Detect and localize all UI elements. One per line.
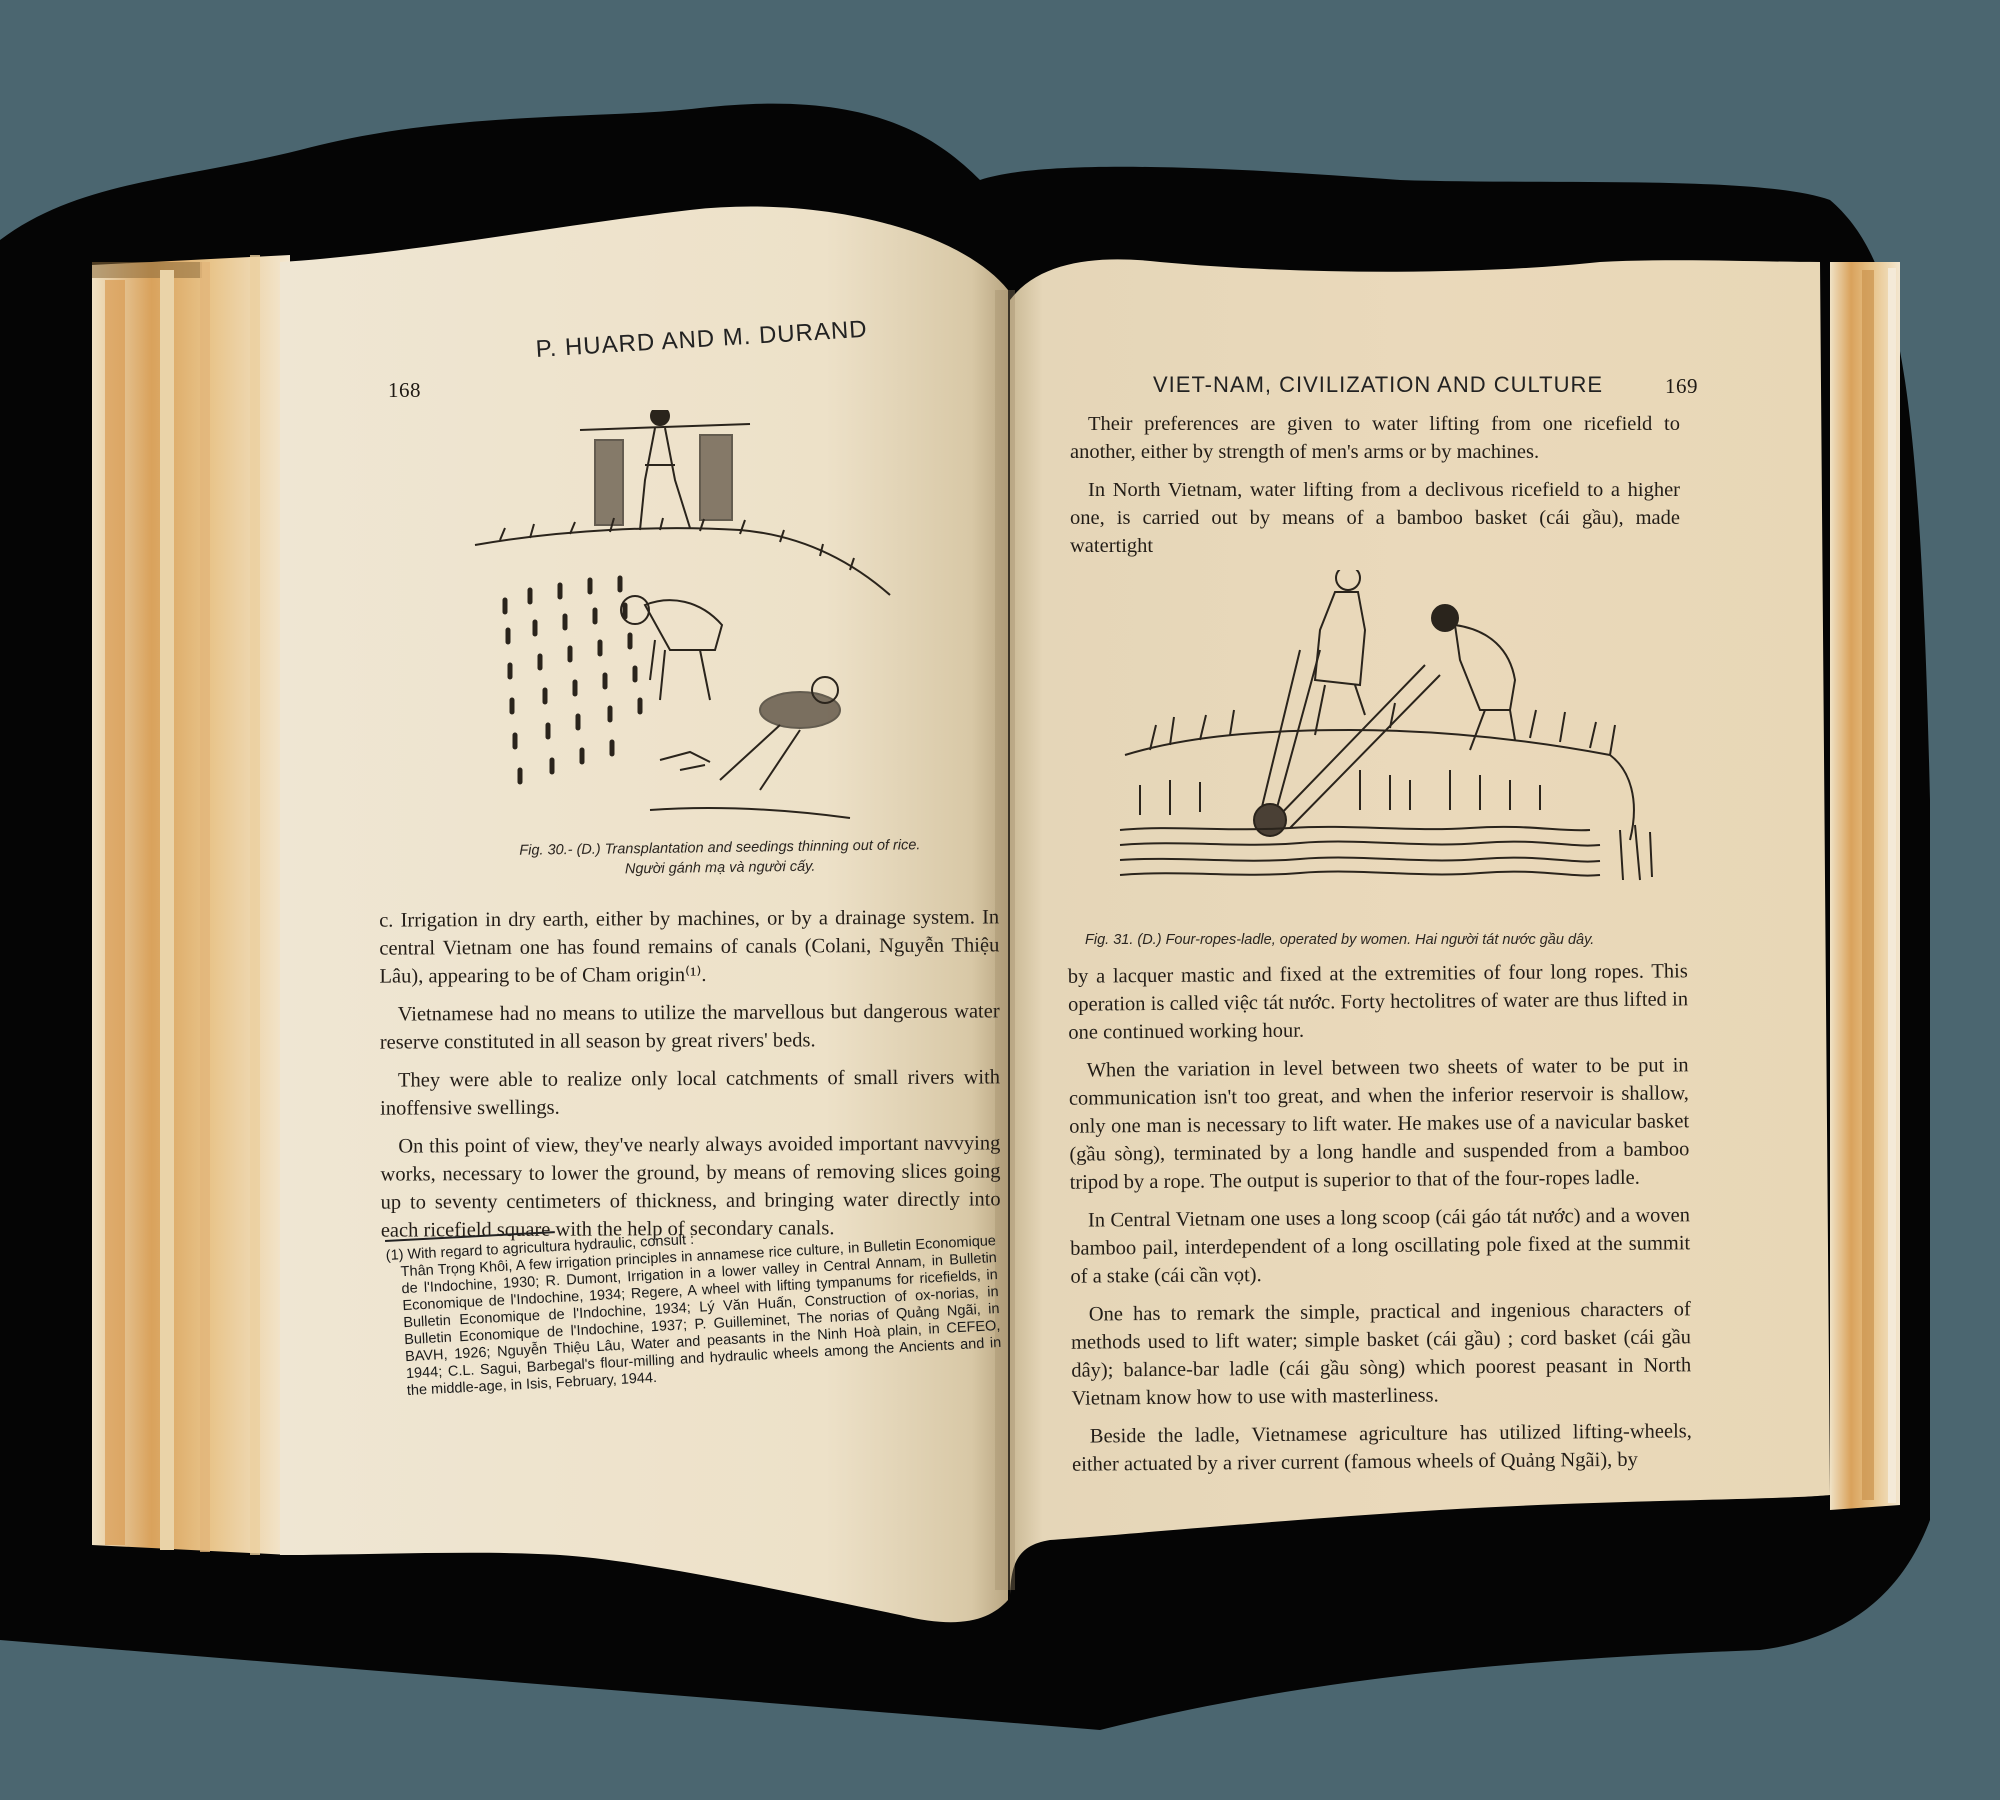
book-photo-background: [0, 0, 2000, 1800]
paragraph: One has to remark the simple, practical …: [1071, 1295, 1692, 1412]
four-ropes-ladle-illustration: [1110, 570, 1680, 890]
rice-transplanting-illustration: [460, 410, 920, 830]
paragraph: They were able to realize only local cat…: [380, 1063, 1000, 1122]
paragraph: c. Irrigation in dry earth, either by ma…: [379, 903, 999, 990]
paragraph: Their preferences are given to water lif…: [1070, 410, 1680, 466]
paragraph: Vietnamese had no means to utilize the m…: [380, 997, 1000, 1056]
right-running-head: VIET-NAM, CIVILIZATION AND CULTURE: [1153, 372, 1603, 398]
figure-31-caption: Fig. 31. (D.) Four-ropes-ladle, operated…: [1085, 930, 1705, 950]
right-page-number: 169: [1665, 374, 1698, 399]
left-page-number: 168: [388, 378, 421, 403]
left-page-body: c. Irrigation in dry earth, either by ma…: [379, 903, 1001, 1254]
paragraph: When the variation in level between two …: [1069, 1051, 1690, 1196]
paragraph: In North Vietnam, water lifting from a d…: [1070, 476, 1680, 560]
left-page-footnote: (1) With regard to agricultura hydraulic…: [385, 1208, 1003, 1401]
right-page-body-bottom: by a lacquer mastic and fixed at the ext…: [1068, 957, 1693, 1488]
figure-30-caption: Fig. 30.- (D.) Transplantation and seedi…: [440, 834, 1001, 882]
right-page-body-top: Their preferences are given to water lif…: [1070, 410, 1680, 560]
paragraph: by a lacquer mastic and fixed at the ext…: [1068, 957, 1689, 1046]
paragraph: In Central Vietnam one uses a long scoop…: [1070, 1201, 1691, 1290]
paragraph: Beside the ladle, Vietnamese agriculture…: [1072, 1417, 1692, 1478]
